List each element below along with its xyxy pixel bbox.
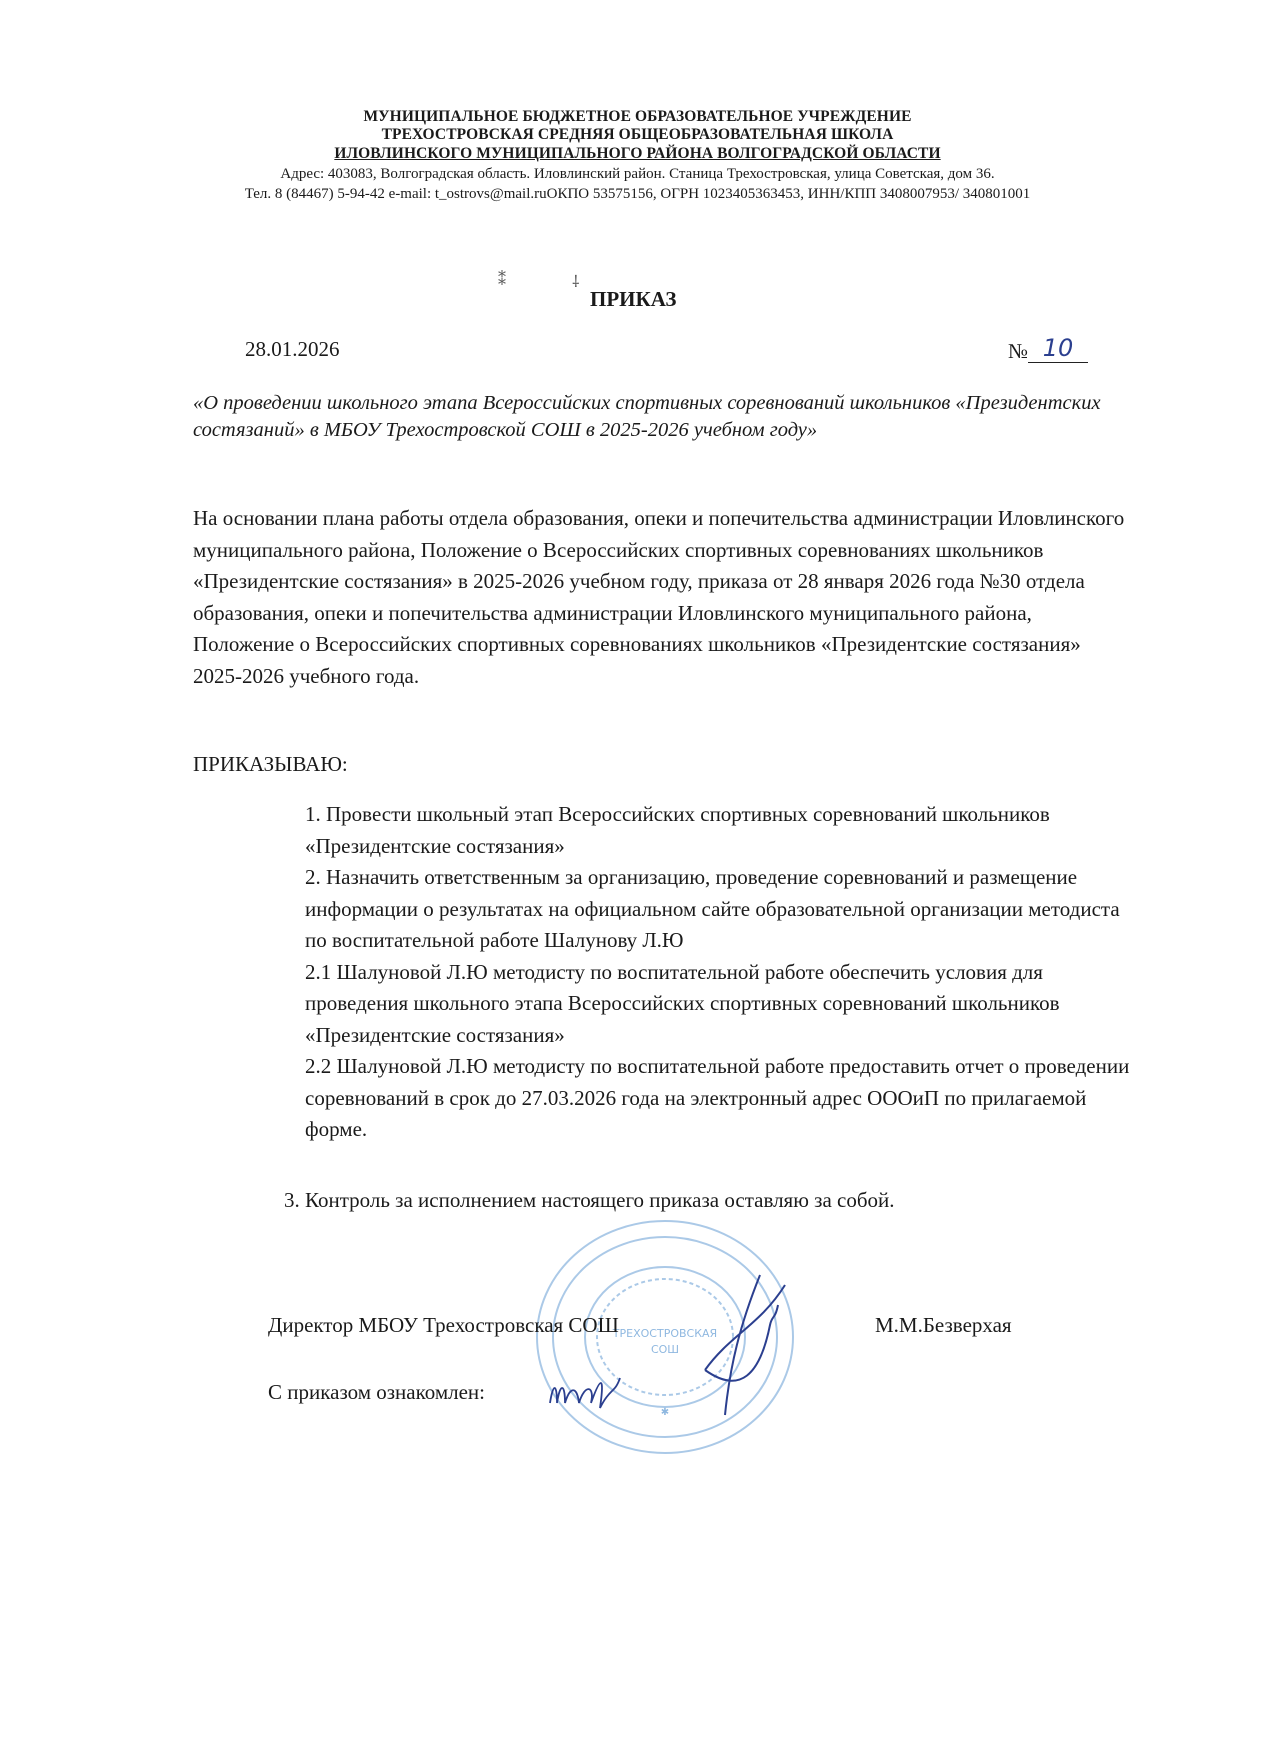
handwritten-number: 10 bbox=[1043, 334, 1074, 362]
director-name: М.М.Безверхая bbox=[875, 1313, 1012, 1338]
order-item-control: 3. Контроль за исполнением настоящего пр… bbox=[284, 1188, 895, 1213]
order-item: 2.2 Шалуновой Л.Ю методисту по воспитате… bbox=[305, 1051, 1135, 1146]
document-subject: «О проведении школьного этапа Всероссийс… bbox=[193, 390, 1128, 444]
header-contacts: Тел. 8 (84467) 5-94-42 e-mail: t_ostrovs… bbox=[0, 186, 1275, 203]
director-signature-icon bbox=[700, 1265, 790, 1425]
svg-text:✱: ✱ bbox=[661, 1407, 669, 1418]
order-items-list: 1. Провести школьный этап Всероссийских … bbox=[305, 799, 1135, 1146]
order-heading: ПРИКАЗЫВАЮ: bbox=[193, 752, 348, 777]
svg-text:СОШ: СОШ bbox=[651, 1343, 679, 1356]
document-type-title: ПРИКАЗ bbox=[590, 287, 676, 312]
acknowledged-label: С приказом ознакомлен: bbox=[268, 1380, 485, 1405]
director-title: Директор МБОУ Трехостровская СОШ bbox=[268, 1313, 619, 1338]
document-date: 28.01.2026 bbox=[245, 337, 340, 362]
header-institution-line1: МУНИЦИПАЛЬНОЕ БЮДЖЕТНОЕ ОБРАЗОВАТЕЛЬНОЕ … bbox=[0, 108, 1275, 126]
order-item: 2. Назначить ответственным за организаци… bbox=[305, 862, 1135, 957]
preamble-paragraph: На основании плана работы отдела образов… bbox=[193, 503, 1128, 692]
header-institution-line3: ИЛОВЛИНСКОГО МУНИЦИПАЛЬНОГО РАЙОНА ВОЛГО… bbox=[0, 145, 1275, 163]
header-address: Адрес: 403083, Волгоградская область. Ил… bbox=[0, 166, 1275, 183]
number-sign: № bbox=[1008, 339, 1028, 363]
acknowledgement-signature-icon bbox=[545, 1368, 625, 1413]
document-page: МУНИЦИПАЛЬНОЕ БЮДЖЕТНОЕ ОБРАЗОВАТЕЛЬНОЕ … bbox=[0, 0, 1275, 1755]
header-institution-line2: ТРЕХОСТРОВСКАЯ СРЕДНЯЯ ОБЩЕОБРАЗОВАТЕЛЬН… bbox=[0, 126, 1275, 144]
order-item: 1. Провести школьный этап Всероссийских … bbox=[305, 799, 1135, 862]
scan-artifact-mark: ⁑ bbox=[498, 270, 506, 290]
scan-artifact-mark: ⸸ bbox=[572, 270, 580, 292]
order-item: 2.1 Шалуновой Л.Ю методисту по воспитате… bbox=[305, 957, 1135, 1052]
document-number: №10 bbox=[1008, 336, 1088, 364]
